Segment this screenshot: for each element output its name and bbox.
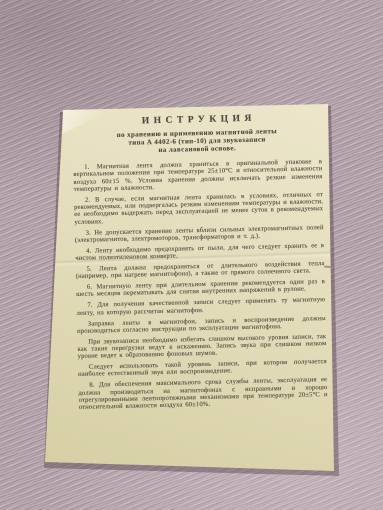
instruction-paper: ИНСТРУКЦИЯ по хранению и применению магн… xyxy=(0,0,383,510)
photo-of-instruction-sheet: ИНСТРУКЦИЯ по хранению и применению магн… xyxy=(0,0,383,510)
paragraph: 6. Магнитную ленту при длительном хранен… xyxy=(76,278,325,298)
document-content: ИНСТРУКЦИЯ по хранению и применению магн… xyxy=(72,112,328,415)
document-title: ИНСТРУКЦИЯ xyxy=(72,112,321,128)
paragraph: 2. В случае, если магнитная лента хранил… xyxy=(74,191,324,226)
paragraph: Заправка ленты в магнитофон, запись и во… xyxy=(77,315,326,335)
paragraph: 8. Для обеспечения максимального срока с… xyxy=(78,376,328,411)
paragraph: При звукозаписи необходимо избегать слиш… xyxy=(77,333,326,361)
paragraph: 4. Ленту необходимо предохранять от пыли… xyxy=(75,242,324,262)
paragraph: 5. Лента должна предохраняться от длител… xyxy=(75,260,324,280)
paragraphs: 1. Магнитная лента должна храниться в ор… xyxy=(73,158,328,411)
paragraph: 1. Магнитная лента должна храниться в ор… xyxy=(73,158,323,193)
paragraph: Следует использовать такой уровень запис… xyxy=(78,358,327,378)
document-subtitle: по хранению и применению магнитной ленты… xyxy=(72,127,321,157)
paragraph: 3. Не допускается хранение ленты вблизи … xyxy=(75,224,324,244)
paragraph: 7. Для получения качественной записи сле… xyxy=(76,296,325,316)
